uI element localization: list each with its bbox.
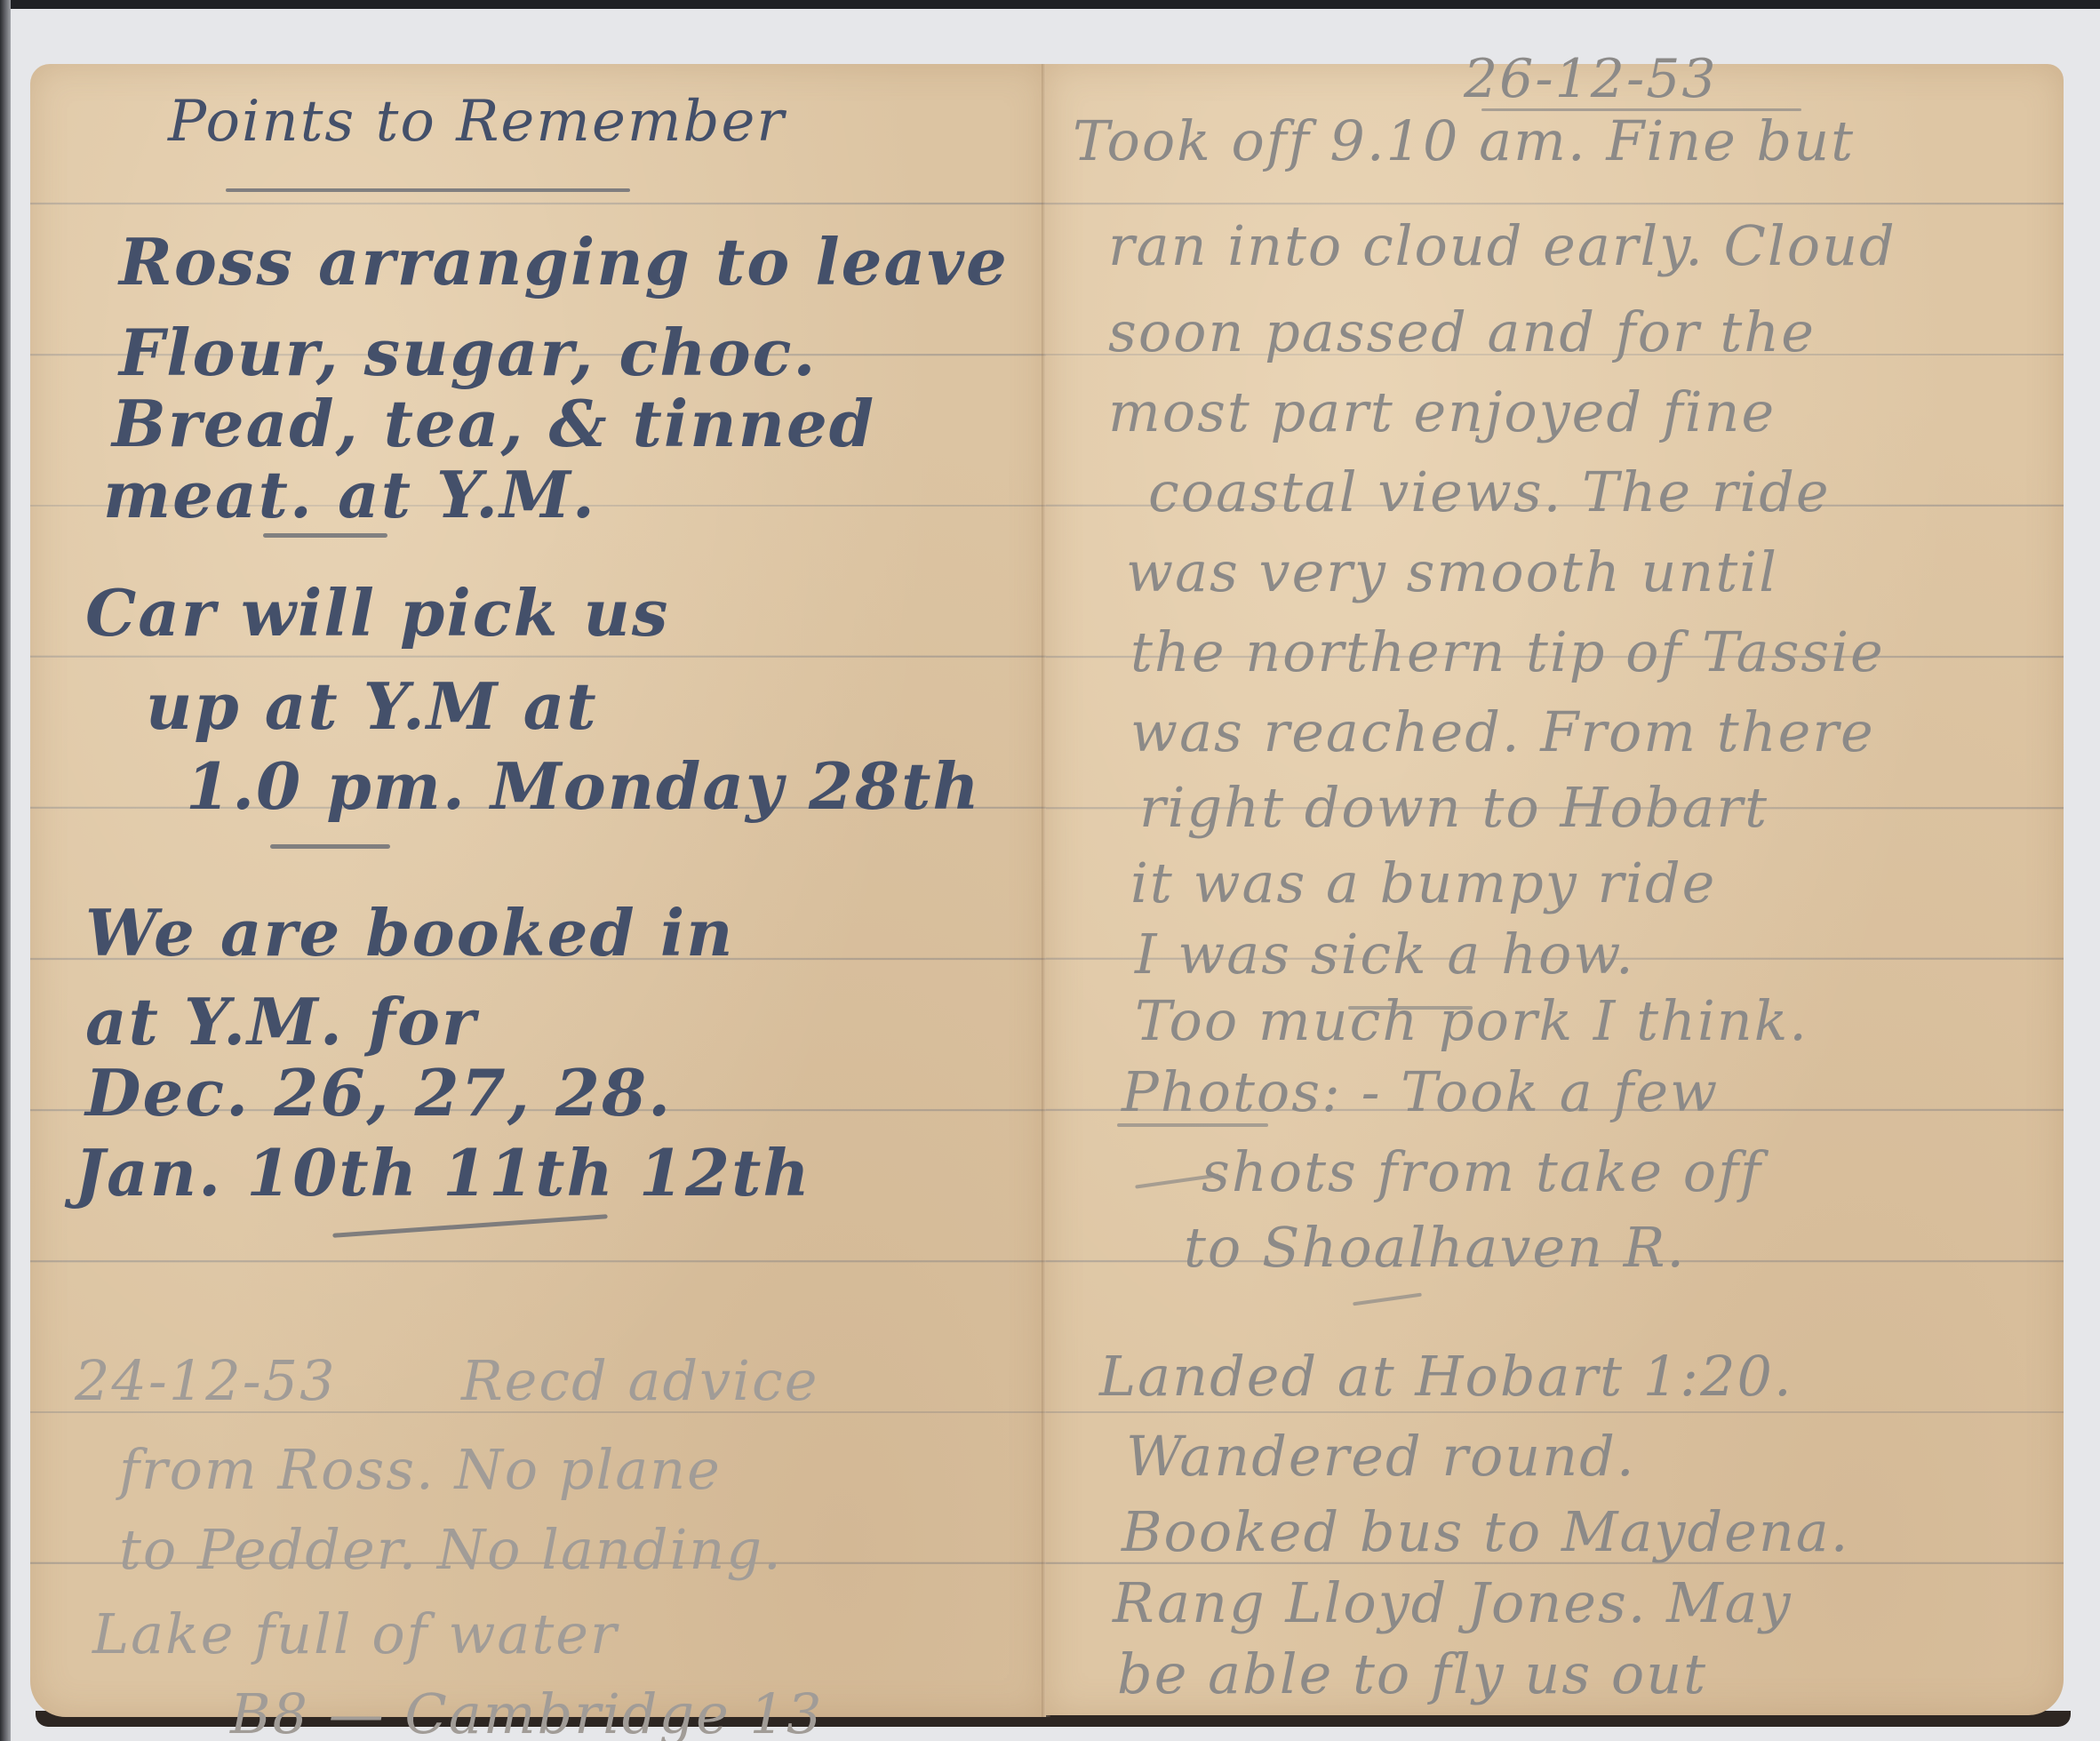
section-divider [332, 1214, 608, 1238]
entry-line: was reached. From there [1130, 699, 1875, 764]
entry-line: Photos: - Took a few [1122, 1059, 1719, 1124]
entry-line: most part enjoyed fine [1108, 379, 1776, 444]
entry-line: I was sick a how. [1135, 922, 1635, 986]
entry-line: soon passed and for the [1108, 299, 1816, 364]
note-line: Jan. 10th 11th 12th [75, 1135, 811, 1210]
entry-line: from Ross. No plane [119, 1437, 722, 1502]
entry-line: to Pedder. No landing. [119, 1517, 783, 1582]
section-divider [1353, 1293, 1422, 1306]
note-line: Car will pick us [85, 575, 669, 651]
note-line: We are booked in [85, 895, 735, 970]
entry-line: coastal views. The ride [1148, 459, 1831, 524]
scanner-frame-top [0, 0, 2100, 9]
entry-line: Rang Lloyd Jones. May [1113, 1570, 1793, 1635]
entry-line: B8 — Cambridge 13 [230, 1681, 823, 1741]
note-line: Ross arranging to leave [119, 224, 1009, 299]
entry-line: be able to fly us out [1117, 1641, 1707, 1706]
note-line: Dec. 26, 27, 28. [85, 1055, 672, 1130]
note-line: meat. at Y.M. [103, 457, 596, 532]
section-divider [270, 844, 390, 849]
notebook-left-page: Points to Remember Ross arranging to lea… [30, 64, 1046, 1717]
entry-line: Recd advice [461, 1348, 818, 1413]
label-underline-photos [1117, 1123, 1268, 1127]
entry-date: 26-12-53 [1464, 48, 1718, 110]
entry-line: Too much pork I think. [1135, 988, 1809, 1053]
note-line: up at Y.M at [146, 668, 598, 744]
notebook-right-page: 26-12-53 Took off 9.10 am. Fine but ran … [1046, 64, 2064, 1715]
section-divider [263, 533, 387, 538]
entry-line: Booked bus to Maydena. [1122, 1499, 1849, 1564]
note-line: Flour, sugar, choc. [119, 315, 818, 390]
entry-line: ran into cloud early. Cloud [1108, 213, 1896, 278]
entry-line: to Shoalhaven R. [1184, 1215, 1686, 1280]
entry-line: Landed at Hobart 1:20. [1099, 1344, 1793, 1409]
entry-line: the northern tip of Tassie [1130, 619, 1885, 684]
note-line: at Y.M. for [85, 984, 477, 1059]
entry-date: 24-12-53 [75, 1348, 337, 1413]
entry-line: Wandered round. [1126, 1424, 1636, 1489]
entry-line: shots from take off [1202, 1139, 1762, 1204]
entry-line: it was a bumpy ride [1130, 851, 1716, 915]
entry-line: right down to Hobart [1139, 775, 1769, 840]
page-heading: Points to Remember [168, 89, 786, 155]
entry-line: was very smooth until [1126, 539, 1778, 604]
scanner-frame-left [0, 0, 11, 1741]
note-line: Bread, tea, & tinned [112, 386, 875, 461]
entry-line: Took off 9.10 am. Fine but [1073, 108, 1855, 173]
note-line: 1.0 pm. Monday 28th [186, 748, 981, 824]
heading-underline [226, 188, 630, 192]
entry-line: Lake full of water [92, 1601, 619, 1666]
